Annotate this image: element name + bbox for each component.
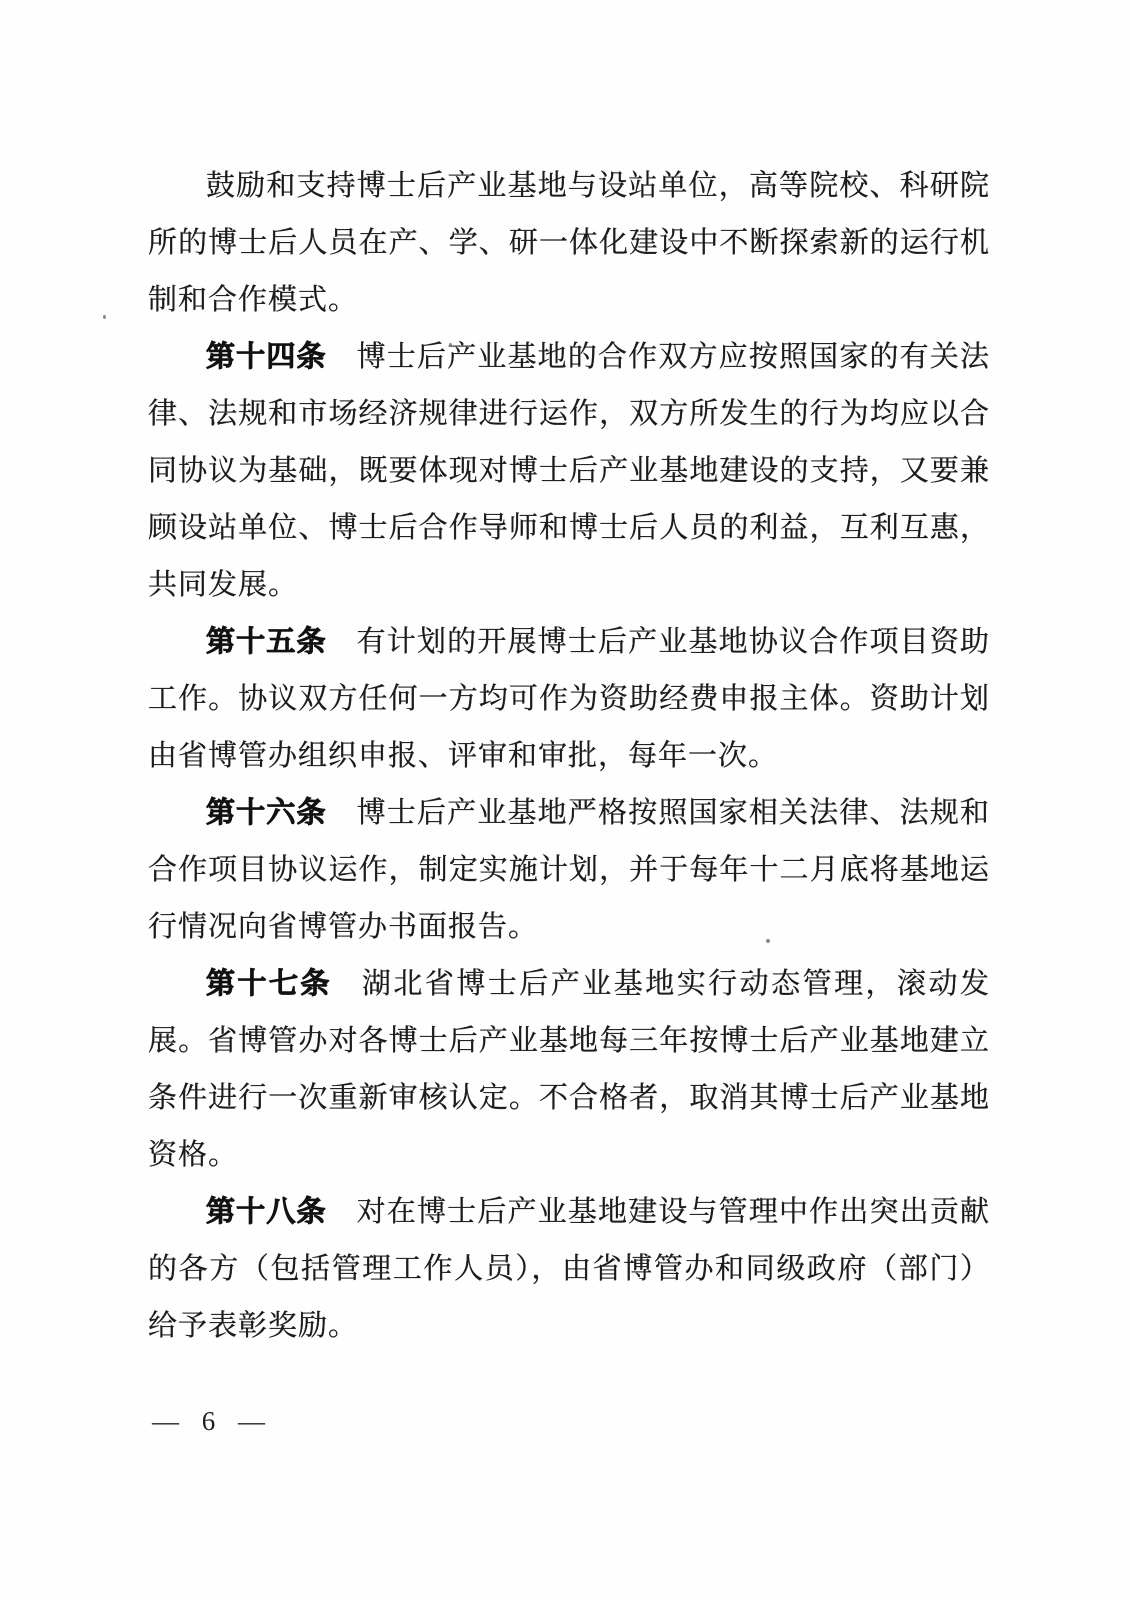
scan-speck [449, 343, 452, 346]
scan-speck [766, 939, 770, 943]
paragraph-article-17: 第十七条湖北省博士后产业基地实行动态管理，滚动发展。省博管办对各博士后产业基地每… [148, 956, 990, 1184]
article-16-number: 第十六条 [206, 797, 327, 829]
paragraph-article-14: 第十四条博士后产业基地的合作双方应按照国家的有关法律、法规和市场经济规律进行运作… [148, 329, 990, 614]
paragraph-article-16: 第十六条博士后产业基地严格按照国家相关法律、法规和合作项目协议运作，制定实施计划… [148, 785, 990, 956]
paragraph-intro: 鼓励和支持博士后产业基地与设站单位，高等院校、科研院所的博士后人员在产、学、研一… [148, 158, 990, 329]
paragraph-article-18: 第十八条对在博士后产业基地建设与管理中作出突出贡献的各方（包括管理工作人员），由… [148, 1184, 990, 1355]
paragraph-text: 鼓励和支持博士后产业基地与设站单位，高等院校、科研院所的博士后人员在产、学、研一… [148, 170, 990, 316]
article-18-number: 第十八条 [206, 1196, 327, 1228]
article-15-number: 第十五条 [206, 626, 327, 658]
scan-speck [103, 315, 106, 319]
article-14-number: 第十四条 [206, 341, 327, 373]
page-number: — 6 — [152, 1406, 273, 1437]
document-body-text: 鼓励和支持博士后产业基地与设站单位，高等院校、科研院所的博士后人员在产、学、研一… [148, 158, 990, 1355]
paragraph-text: 博士后产业基地的合作双方应按照国家的有关法律、法规和市场经济规律进行运作，双方所… [148, 341, 990, 601]
scanned-document-page: 鼓励和支持博士后产业基地与设站单位，高等院校、科研院所的博士后人员在产、学、研一… [0, 0, 1130, 1600]
paragraph-article-15: 第十五条有计划的开展博士后产业基地协议合作项目资助工作。协议双方任何一方均可作为… [148, 614, 990, 785]
article-17-number: 第十七条 [206, 968, 332, 1000]
